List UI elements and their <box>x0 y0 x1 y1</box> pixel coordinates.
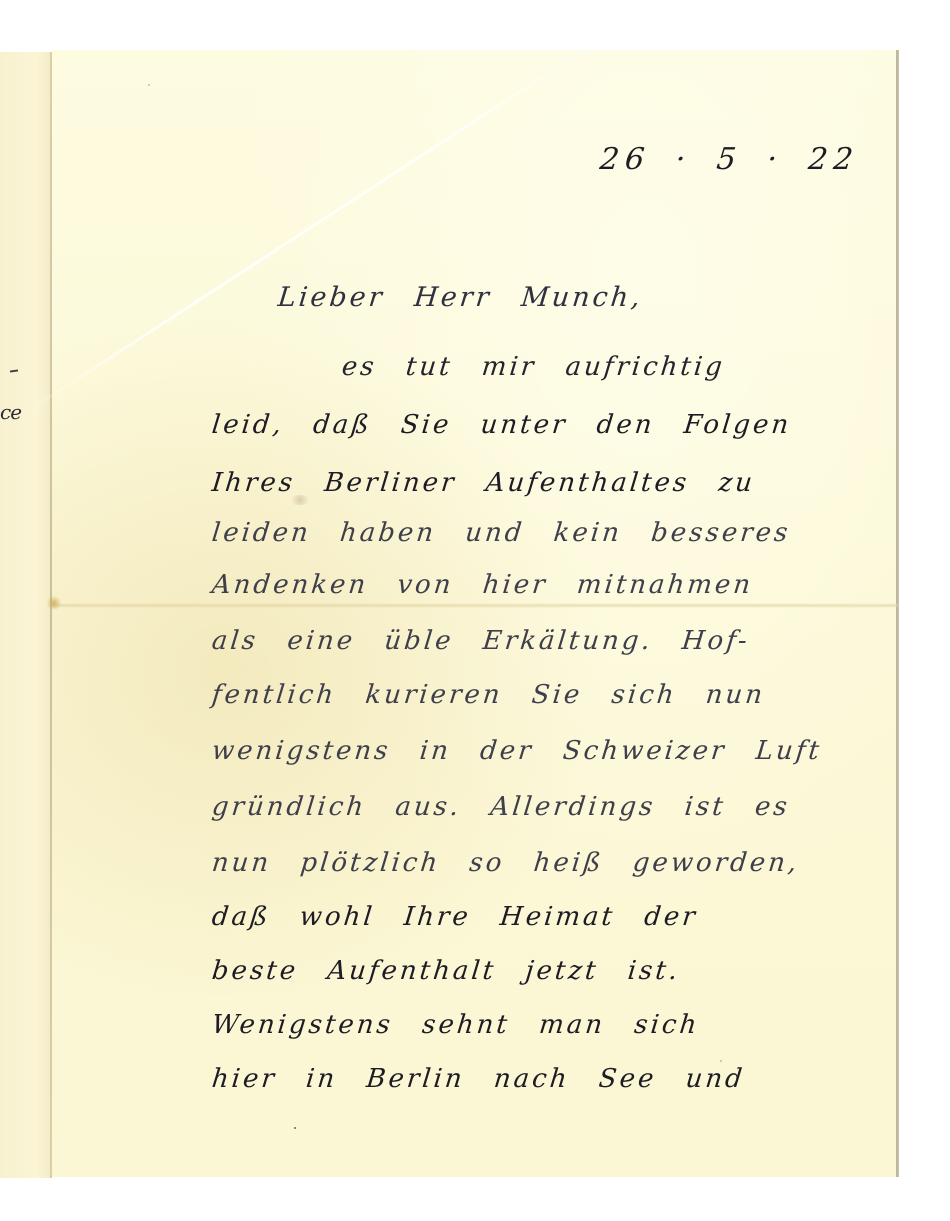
letter-line: gründlich aus. Allerdings ist es <box>210 792 791 822</box>
scanned-document: ce 26 · 5 · 22 Lieber Herr Munch, es tut… <box>0 0 950 1221</box>
paper-speck <box>294 1127 296 1129</box>
letter-line: wenigstens in der Schweizer Luft <box>210 736 823 766</box>
letter-line: nun plötzlich so heiß geworden, <box>210 848 800 878</box>
letter-salutation: Lieber Herr Munch, <box>276 282 644 313</box>
letter-date: 26 · 5 · 22 <box>598 142 860 177</box>
letter-line: hier in Berlin nach See und <box>210 1064 746 1094</box>
letter-line: leiden haben und kein besseres <box>210 518 792 548</box>
letter-line: als eine üble Erkältung. Hof- <box>210 626 751 656</box>
paper-speck <box>148 84 150 86</box>
letter-line: Wenigstens sehnt man sich <box>210 1010 700 1040</box>
letter-line: daß wohl Ihre Heimat der <box>210 902 699 932</box>
letter-line: es tut mir aufrichtig <box>340 352 726 382</box>
paper-stain <box>46 596 62 610</box>
letter-line: beste Aufenthalt jetzt ist. <box>210 956 681 986</box>
letter-page: 26 · 5 · 22 Lieber Herr Munch, es tut mi… <box>52 50 898 1177</box>
page-edge <box>896 50 898 1177</box>
paper-speck <box>720 1060 722 1062</box>
back-sheet-ink-mark <box>10 369 18 372</box>
letter-line: leid, daß Sie unter den Folgen <box>210 410 792 440</box>
letter-line: Andenken von hier mitnahmen <box>210 570 754 600</box>
horizontal-fold <box>52 603 898 608</box>
back-sheet: ce <box>0 52 52 1178</box>
letter-line: Ihres Berliner Aufenthaltes zu <box>210 468 756 498</box>
letter-line: fentlich kurieren Sie sich nun <box>210 680 766 710</box>
